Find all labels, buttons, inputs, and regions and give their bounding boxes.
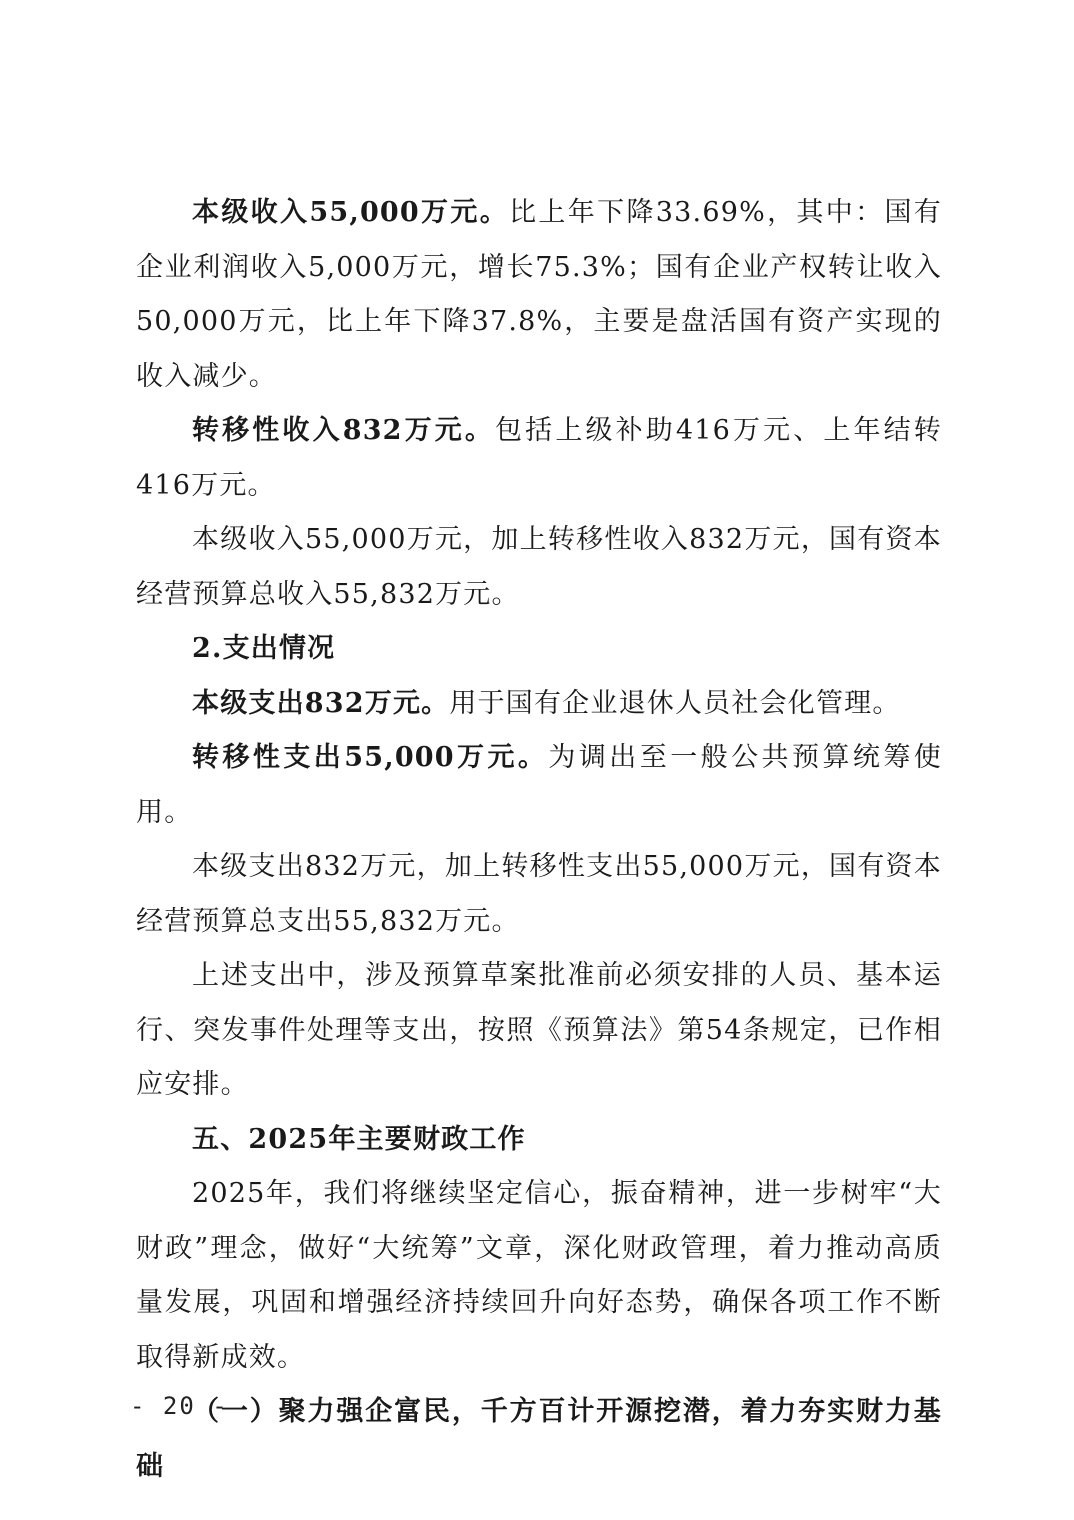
text-total-revenue: 本级收入55,000万元，加上转移性收入832万元，国有资本经营预算总收入55,… bbox=[136, 524, 942, 610]
document-body: 本级收入55,000万元。比上年下降33.69%，其中：国有企业利润收入5,00… bbox=[136, 186, 942, 1494]
lead-transfer-expenditure: 转移性支出55,000万元。 bbox=[192, 742, 548, 773]
paragraph-total-expenditure: 本级支出832万元，加上转移性支出55,000万元，国有资本经营预算总支出55,… bbox=[136, 840, 942, 949]
heading-2025-work: 五、2025年主要财政工作 bbox=[136, 1113, 942, 1168]
paragraph-transfer-revenue: 转移性收入832万元。包括上级补助416万元、上年结转416万元。 bbox=[136, 404, 942, 513]
paragraph-total-revenue: 本级收入55,000万元，加上转移性收入832万元，国有资本经营预算总收入55,… bbox=[136, 513, 942, 622]
text-own-expenditure: 用于国有企业退休人员社会化管理。 bbox=[449, 688, 900, 719]
lead-transfer-revenue: 转移性收入832万元。 bbox=[192, 415, 495, 446]
heading-expenditure: 2.支出情况 bbox=[136, 622, 942, 677]
paragraph-transfer-expenditure: 转移性支出55,000万元。为调出至一般公共预算统筹使用。 bbox=[136, 731, 942, 840]
paragraph-budget-law: 上述支出中，涉及预算草案批准前必须安排的人员、基本运行、突发事件处理等支出，按照… bbox=[136, 949, 942, 1113]
page-number: - 20 - bbox=[130, 1392, 229, 1420]
text-total-expenditure: 本级支出832万元，加上转移性支出55,000万元，国有资本经营预算总支出55,… bbox=[136, 851, 942, 937]
lead-own-revenue: 本级收入55,000万元。 bbox=[192, 197, 509, 228]
heading-section-one: （一）聚力强企富民，千方百计开源挖潜，着力夯实财力基础 bbox=[136, 1385, 942, 1494]
paragraph-own-expenditure: 本级支出832万元。用于国有企业退休人员社会化管理。 bbox=[136, 677, 942, 732]
paragraph-own-revenue: 本级收入55,000万元。比上年下降33.69%，其中：国有企业利润收入5,00… bbox=[136, 186, 942, 404]
lead-own-expenditure: 本级支出832万元。 bbox=[192, 688, 449, 719]
text-budget-law: 上述支出中，涉及预算草案批准前必须安排的人员、基本运行、突发事件处理等支出，按照… bbox=[136, 960, 942, 1100]
paragraph-2025-intro: 2025年，我们将继续坚定信心，振奋精神，进一步树牢“大财政”理念，做好“大统筹… bbox=[136, 1167, 942, 1385]
text-2025-intro: 2025年，我们将继续坚定信心，振奋精神，进一步树牢“大财政”理念，做好“大统筹… bbox=[136, 1178, 942, 1373]
